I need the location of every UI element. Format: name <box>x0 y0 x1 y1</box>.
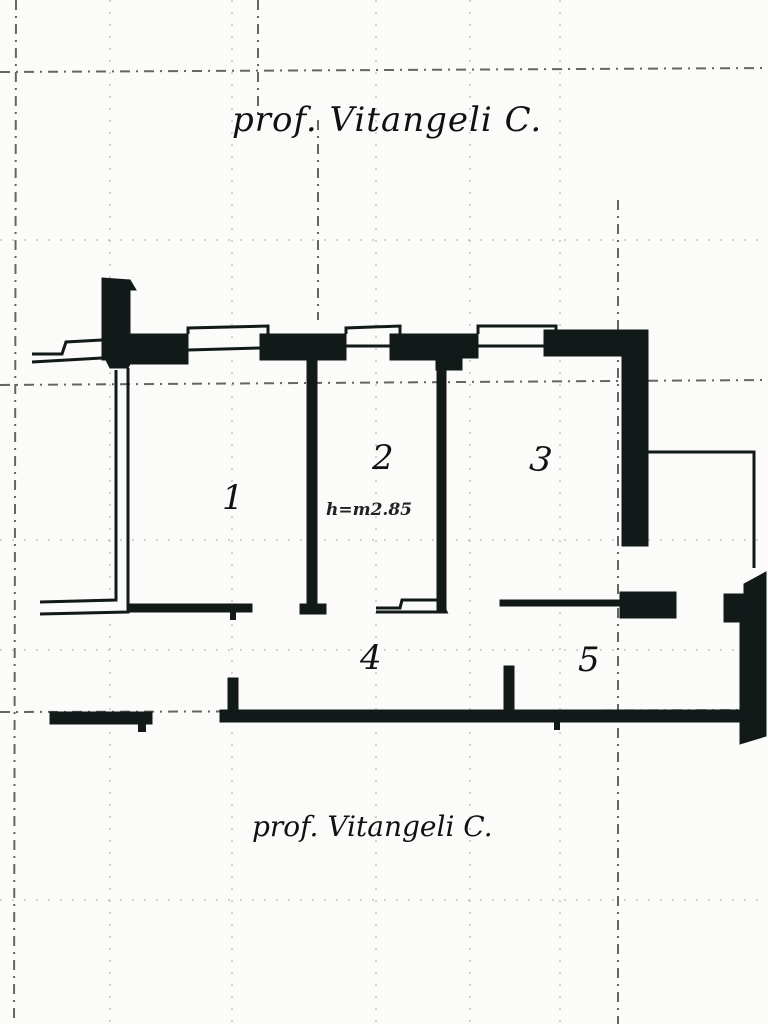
neighbor-label-bottom: prof. Vitangeli C. <box>252 810 493 843</box>
corridor-wall-right <box>500 600 624 606</box>
wall-top-pier-3 <box>390 334 478 370</box>
partition-2-base <box>300 604 326 614</box>
wall-bottom-left <box>50 712 152 724</box>
partition-2-3 <box>437 364 446 610</box>
neighbor-label-top: prof. Vitangeli C. <box>232 100 542 140</box>
wall-bottom-stub-1 <box>228 678 238 718</box>
window-top-left <box>32 340 102 354</box>
wall-bottom-main <box>220 710 740 722</box>
room-label-5: 5 <box>578 640 600 680</box>
annex-outline <box>648 452 754 568</box>
room-label-4: 4 <box>360 638 382 678</box>
corridor-pier <box>620 592 676 618</box>
partition-1-2 <box>307 358 317 610</box>
room-2-threshold <box>376 600 446 612</box>
room-2-height-note: h=m2.85 <box>326 500 412 520</box>
window-top-2 <box>346 326 400 334</box>
wall-top-right-corner <box>544 330 648 546</box>
room-1-left-wall <box>40 370 116 602</box>
room-label-2: 2 <box>372 438 394 478</box>
wall-bottom-stub-2 <box>504 666 514 718</box>
wall-top-left-pier <box>102 278 188 368</box>
wall-top-pier-2 <box>260 334 346 360</box>
window-top-1 <box>188 326 268 334</box>
room-label-1: 1 <box>222 478 244 518</box>
